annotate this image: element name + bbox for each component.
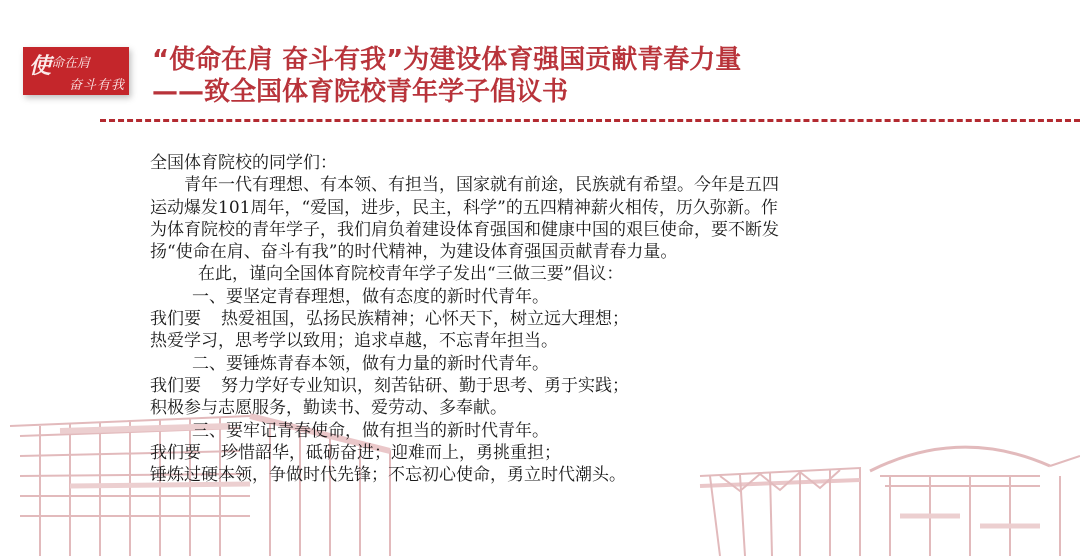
section-heading: 三、要牢记青春使命，做有担当的新时代青年。 <box>150 420 950 442</box>
logo-line1-rest: 命在肩 <box>51 56 90 71</box>
intro-line: 运动爆发101周年，“爱国，进步，民主，科学”的五四精神薪火相传，历久弥新。作 <box>150 197 950 219</box>
intro-line: 为体育院校的青年学子，我们肩负着建设体育强国和健康中国的艰巨使命，要不断发 <box>150 219 950 241</box>
section-heading: 二、要锤炼青春本领，做有力量的新时代青年。 <box>150 353 950 375</box>
section-line: 我们要努力学好专业知识，刻苦钻研、勤于思考、勇于实践； <box>150 375 950 397</box>
salutation: 全国体育院校的同学们： <box>150 152 950 174</box>
section-line: 我们要热爱祖国，弘扬民族精神；心怀天下，树立远大理想； <box>150 308 950 330</box>
intro-line: 扬“使命在肩、奋斗有我”的时代精神，为建设体育强国贡献青春力量。 <box>150 241 950 263</box>
section-text: 珍惜韶华，砥砺奋进；迎难而上，勇挑重担； <box>221 443 561 463</box>
section-line: 我们要珍惜韶华，砥砺奋进；迎难而上，勇挑重担； <box>150 442 950 464</box>
letter-body: 全国体育院校的同学们： 青年一代有理想、有本领、有担当，国家就有前途，民族就有希… <box>150 152 950 486</box>
title-main: “使命在肩 奋斗有我”为建设体育强国贡献青春力量 <box>152 44 741 76</box>
section-lead: 我们要 <box>150 309 201 329</box>
section-lead: 我们要 <box>150 443 201 463</box>
section-heading: 一、要坚定青春理想，做有态度的新时代青年。 <box>150 286 950 308</box>
section-text: 努力学好专业知识，刻苦钻研、勤于思考、勇于实践； <box>221 376 629 396</box>
section-text: 热爱祖国，弘扬民族精神；心怀天下，树立远大理想； <box>221 309 629 329</box>
logo-line2: 奋斗有我 <box>69 74 125 93</box>
page-title: “使命在肩 奋斗有我”为建设体育强国贡献青春力量 ——致全国体育院校青年学子倡议… <box>152 44 741 108</box>
intro-line: 青年一代有理想、有本领、有担当，国家就有前途，民族就有希望。今年是五四 <box>150 174 950 196</box>
proposal-intro: 在此，谨向全国体育院校青年学子发出“三做三要”倡议： <box>150 263 950 285</box>
logo-main-char: 使 <box>29 53 51 79</box>
section-line: 锤炼过硬本领，争做时代先锋；不忘初心使命，勇立时代潮头。 <box>150 464 950 486</box>
section-lead: 我们要 <box>150 376 201 396</box>
section-line: 热爱学习，思考学以致用；追求卓越，不忘青年担当。 <box>150 330 950 352</box>
logo-badge: 使命在肩 奋斗有我 <box>23 47 129 95</box>
title-subtitle: ——致全国体育院校青年学子倡议书 <box>152 76 741 108</box>
dashed-divider <box>100 119 1080 122</box>
section-line: 积极参与志愿服务，勤读书、爱劳动、多奉献。 <box>150 397 950 419</box>
